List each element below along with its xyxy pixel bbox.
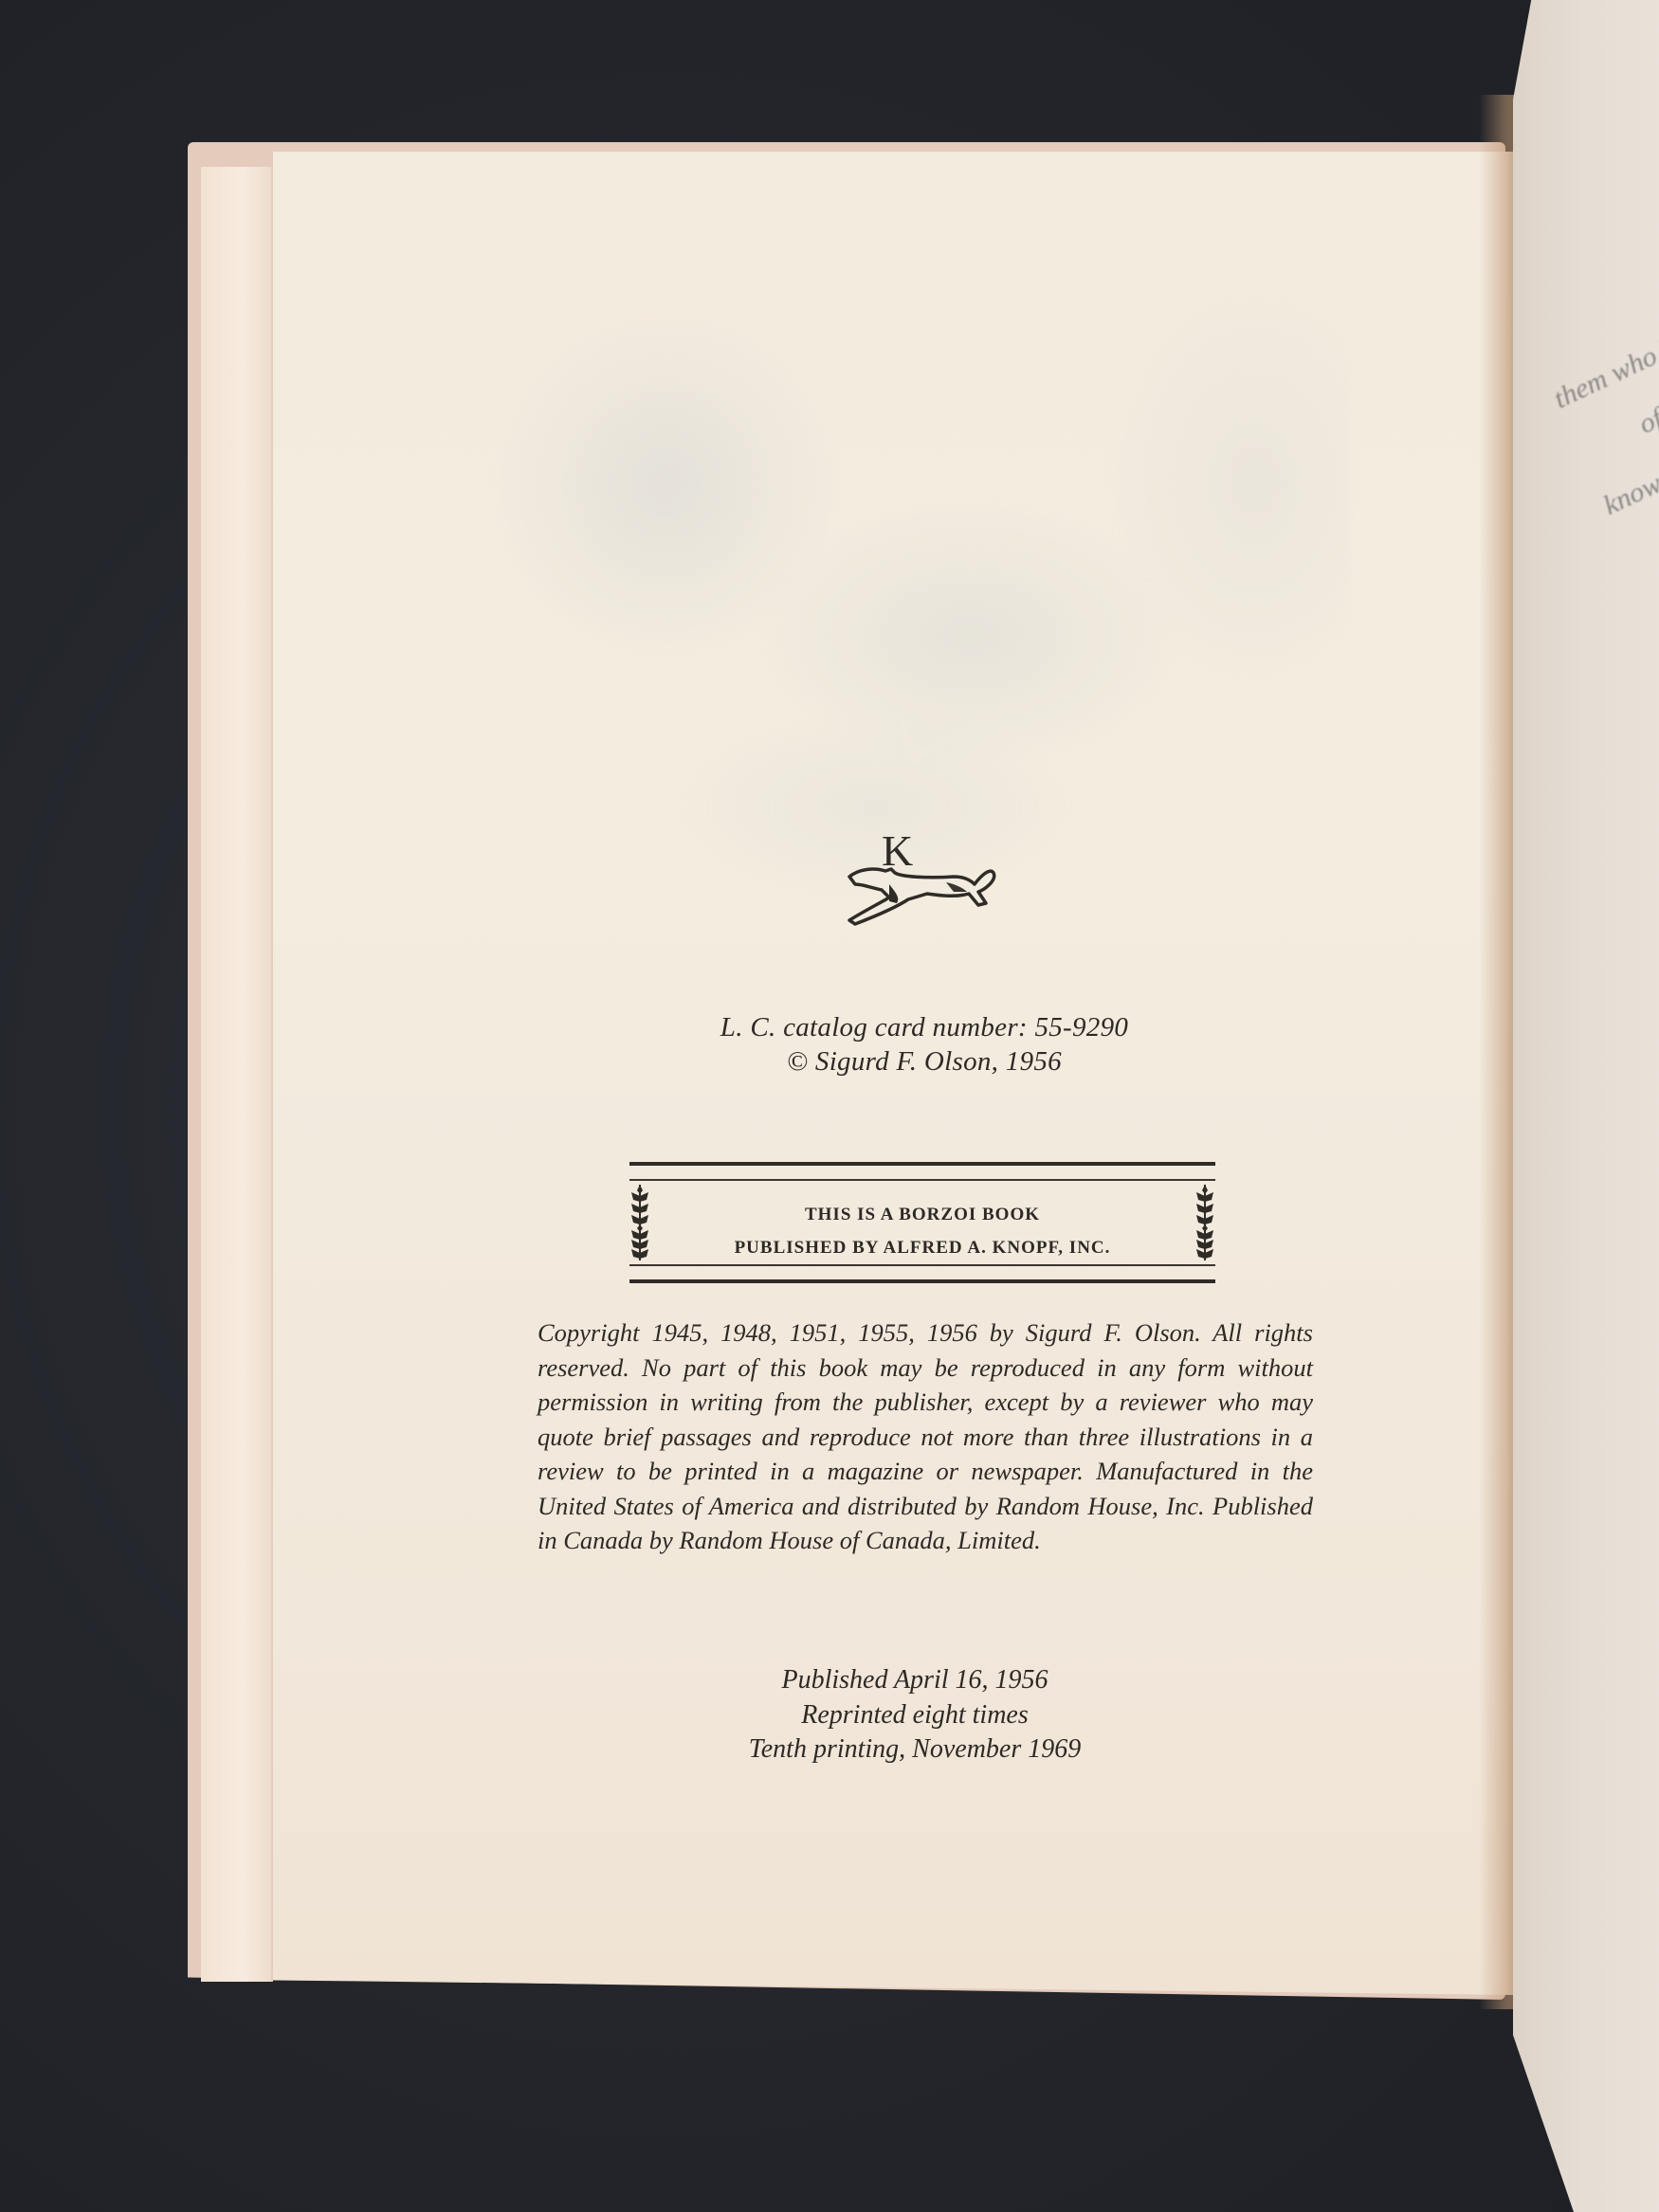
printing-info: Tenth printing, November 1969 <box>702 1732 1128 1768</box>
laurel-icon <box>629 1183 650 1262</box>
published-date: Published April 16, 1956 <box>702 1663 1128 1698</box>
borzoi-book-box: THIS IS A BORZOI BOOK PUBLISHED BY ALFRE… <box>629 1162 1215 1283</box>
borzoi-dog-icon <box>842 856 1003 932</box>
borzoi-line-2: PUBLISHED BY ALFRED A. KNOPF, INC. <box>667 1231 1177 1264</box>
rule-bottom-thick <box>629 1279 1215 1283</box>
rule-top-thick <box>629 1162 1215 1166</box>
dust-jacket-flap <box>201 167 273 1982</box>
lc-catalog-number: L. C. catalog card number: 55-9290 <box>664 1010 1185 1044</box>
gutter-shadow <box>1479 95 1517 2009</box>
publisher-colophon: K <box>842 829 1003 943</box>
borzoi-line-1: THIS IS A BORZOI BOOK <box>667 1198 1177 1231</box>
reprint-count: Reprinted eight times <box>702 1698 1128 1733</box>
copyright-paragraph: Copyright 1945, 1948, 1951, 1955, 1956 b… <box>538 1315 1313 1558</box>
rule-top-thin <box>629 1179 1215 1181</box>
publication-history: Published April 16, 1956 Reprinted eight… <box>702 1663 1128 1768</box>
copyright-notice: Copyright 1945, 1948, 1951, 1955, 1956 b… <box>538 1315 1313 1558</box>
copyright-line: © Sigurd F. Olson, 1956 <box>664 1044 1185 1079</box>
catalog-info: L. C. catalog card number: 55-9290 © Sig… <box>664 1010 1185 1079</box>
borzoi-text: THIS IS A BORZOI BOOK PUBLISHED BY ALFRE… <box>667 1198 1177 1264</box>
laurel-icon <box>1194 1183 1215 1262</box>
rule-bottom-thin <box>629 1264 1215 1266</box>
